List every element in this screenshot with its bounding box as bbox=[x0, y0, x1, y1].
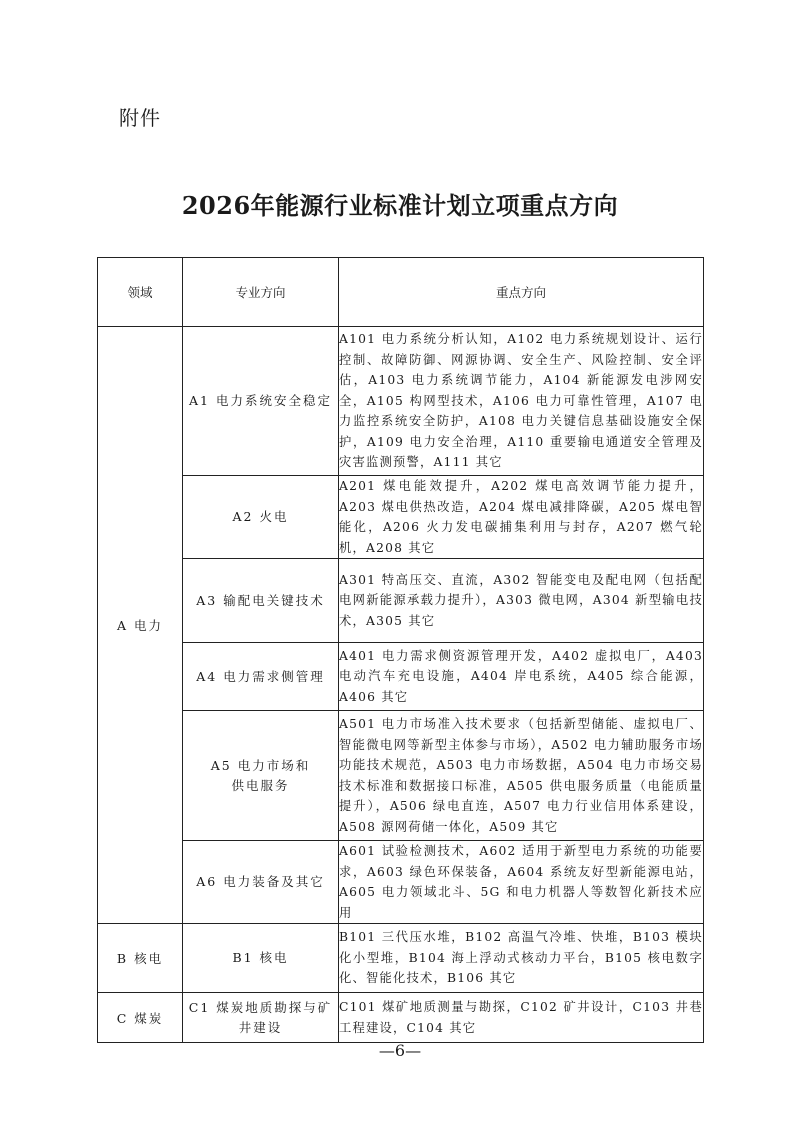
table-row: A5 电力市场和 供电服务 A501 电力市场准入技术要求（包括新型储能、虚拟电… bbox=[98, 711, 704, 841]
table-row: A4 电力需求侧管理 A401 电力需求侧资源管理开发，A402 虚拟电厂，A4… bbox=[98, 643, 704, 711]
attachment-label: 附件 bbox=[119, 102, 161, 131]
focus-cell: A201 煤电能效提升，A202 煤电高效调节能力提升，A203 煤电供热改造，… bbox=[339, 476, 704, 559]
focus-cell: A501 电力市场准入技术要求（包括新型储能、虚拟电厂、智能微电网等新型主体参与… bbox=[339, 711, 704, 841]
domain-cell-nuclear: B 核电 bbox=[98, 924, 183, 993]
table-header-row: 领域 专业方向 重点方向 bbox=[98, 258, 704, 327]
specialty-cell: A5 电力市场和 供电服务 bbox=[183, 711, 339, 841]
table-row: A2 火电 A201 煤电能效提升，A202 煤电高效调节能力提升，A203 煤… bbox=[98, 476, 704, 559]
specialty-cell: A6 电力装备及其它 bbox=[183, 841, 339, 924]
focus-cell: A601 试验检测技术，A602 适用于新型电力系统的功能要求，A603 绿色环… bbox=[339, 841, 704, 924]
column-header-domain: 领域 bbox=[98, 258, 183, 327]
column-header-focus: 重点方向 bbox=[339, 258, 704, 327]
domain-cell-electricity: A 电力 bbox=[98, 327, 183, 924]
focus-cell: A101 电力系统分析认知，A102 电力系统规划设计、运行控制、故障防御、网源… bbox=[339, 327, 704, 476]
focus-cell: C101 煤矿地质测量与勘探，C102 矿井设计，C103 井巷工程建设，C10… bbox=[339, 993, 704, 1043]
specialty-cell: A1 电力系统安全稳定 bbox=[183, 327, 339, 476]
focus-cell: B101 三代压水堆，B102 高温气冷堆、快堆，B103 模块化小型堆，B10… bbox=[339, 924, 704, 993]
specialty-cell: B1 核电 bbox=[183, 924, 339, 993]
focus-cell: A301 特高压交、直流，A302 智能变电及配电网（包括配电网新能源承载力提升… bbox=[339, 559, 704, 643]
specialty-cell: A2 火电 bbox=[183, 476, 339, 559]
domain-cell-coal: C 煤炭 bbox=[98, 993, 183, 1043]
specialty-cell: A4 电力需求侧管理 bbox=[183, 643, 339, 711]
document-title: 2026年能源行业标准计划立项重点方向 bbox=[0, 186, 800, 221]
standards-table: 领域 专业方向 重点方向 A 电力 A1 电力系统安全稳定 A101 电力系统分… bbox=[97, 257, 704, 1043]
table-row: A3 输配电关键技术 A301 特高压交、直流，A302 智能变电及配电网（包括… bbox=[98, 559, 704, 643]
table-row: A 电力 A1 电力系统安全稳定 A101 电力系统分析认知，A102 电力系统… bbox=[98, 327, 704, 476]
table-row: B 核电 B1 核电 B101 三代压水堆，B102 高温气冷堆、快堆，B103… bbox=[98, 924, 704, 993]
table-row: C 煤炭 C1 煤炭地质勘探与矿井建设 C101 煤矿地质测量与勘探，C102 … bbox=[98, 993, 704, 1043]
column-header-specialty: 专业方向 bbox=[183, 258, 339, 327]
table-row: A6 电力装备及其它 A601 试验检测技术，A602 适用于新型电力系统的功能… bbox=[98, 841, 704, 924]
focus-cell: A401 电力需求侧资源管理开发，A402 虚拟电厂，A403 电动汽车充电设施… bbox=[339, 643, 704, 711]
specialty-cell: A3 输配电关键技术 bbox=[183, 559, 339, 643]
page-number: —6— bbox=[0, 1041, 800, 1060]
specialty-cell: C1 煤炭地质勘探与矿井建设 bbox=[183, 993, 339, 1043]
